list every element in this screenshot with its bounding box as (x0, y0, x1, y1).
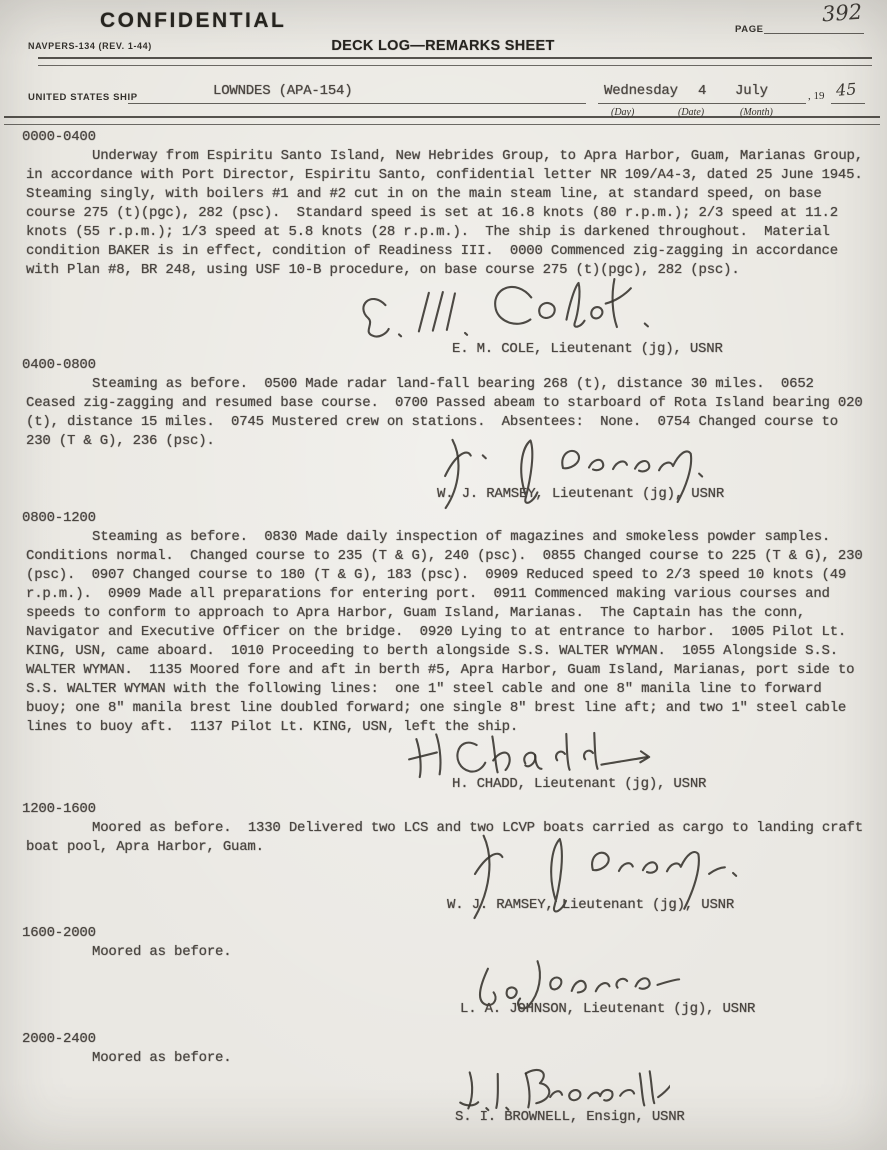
united-states-ship-label: UNITED STATES SHIP (28, 92, 138, 103)
year-prefix: , 19 (808, 90, 825, 102)
page-number-handwritten: 392 (821, 0, 863, 26)
classification-stamp: CONFIDENTIAL (100, 9, 286, 33)
header-double-rule (38, 57, 872, 66)
signature-typed-cole: E. M. COLE, Lieutenant (jg), USNR (452, 340, 723, 359)
signature-typed-brownell: S. I. BROWNELL, Ensign, USNR (455, 1108, 685, 1127)
ship-name: LOWNDES (APA-154) (213, 82, 352, 101)
entry-text: Steaming as before. 0830 Made daily insp… (26, 528, 864, 737)
entry-period: 2000-2400 (22, 1030, 96, 1049)
entry-text: Moored as before. (26, 943, 864, 962)
page-label: PAGE (735, 24, 764, 35)
entry-period: 1600-2000 (22, 924, 96, 943)
date-date-value: 4 (698, 82, 706, 101)
document-title: DECK LOG—REMARKS SHEET (331, 38, 554, 54)
page-number-line (764, 32, 864, 34)
date-month-value: July (735, 82, 768, 101)
signature-typed-chadd: H. CHADD, Lieutenant (jg), USNR (452, 775, 706, 794)
ship-name-line (128, 102, 586, 104)
signature-typed-ramsey-2: W. J. RAMSEY, Lieutenant (jg), USNR (447, 896, 734, 915)
entry-period: 0400-0800 (22, 356, 96, 375)
entry-period: 0000-0400 (22, 128, 96, 147)
signature-typed-ramsey-1: W. J. RAMSEY, Lieutenant (jg), USNR (437, 485, 724, 504)
deck-log-remarks-sheet: CONFIDENTIAL 392 PAGE NAVPERS-134 (REV. … (0, 0, 887, 1150)
form-number: NAVPERS-134 (REV. 1-44) (28, 41, 152, 51)
entry-period: 1200-1600 (22, 800, 96, 819)
ship-row-double-rule (4, 116, 880, 125)
entry-period: 0800-1200 (22, 509, 96, 528)
signature-typed-johnson: L. A. JOHNSON, Lieutenant (jg), USNR (460, 1000, 755, 1019)
year-handwritten: 45 (835, 79, 857, 99)
entry-text: Underway from Espiritu Santo Island, New… (26, 147, 864, 280)
year-line (831, 102, 865, 104)
date-line (598, 102, 806, 104)
date-day-value: Wednesday (604, 82, 678, 101)
